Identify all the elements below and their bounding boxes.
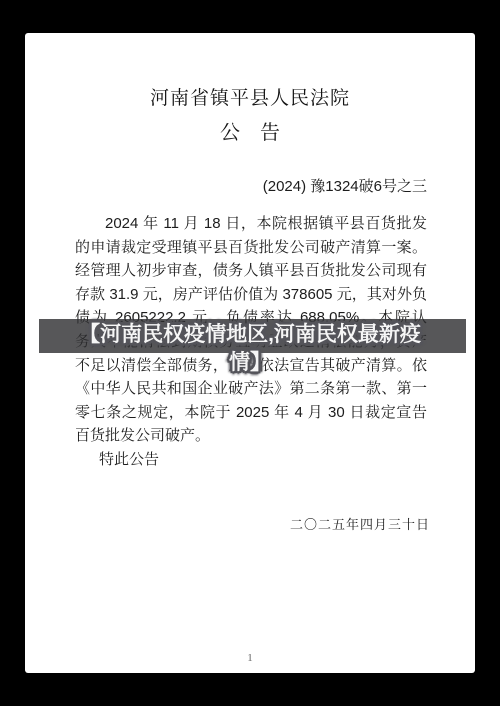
watermark-text-line2: 情】	[25, 349, 475, 377]
document-page: 河南省镇平县人民法院 公 告 (2024) 豫1324破6号之三 2024 年 …	[25, 33, 475, 673]
watermark-text: 【河南民权疫情地区,河南民权最新疫 情】	[25, 321, 475, 377]
body-line: 的申请裁定受理镇平县百货批发公司破产清算一案。查明，	[75, 236, 427, 260]
image-viewer-matte: 河南省镇平县人民法院 公 告 (2024) 豫1324破6号之三 2024 年 …	[0, 0, 500, 706]
body-line: 百货批发公司破产。	[75, 424, 427, 448]
page-number: 1	[25, 652, 475, 664]
notice-title: 公 告	[25, 116, 475, 145]
case-number: (2024) 豫1324破6号之三	[263, 175, 427, 196]
closing-line: 特此公告	[75, 448, 427, 472]
body-line: 零七条之规定，本院于 2025 年 4 月 30 日裁定宣告镇平县	[75, 401, 427, 425]
body-line: 经管理人初步审查，债务人镇平县百货批发公司现有银行	[75, 259, 427, 283]
watermark-text-line1: 【河南民权疫情地区,河南民权最新疫	[25, 321, 475, 349]
signature-date: 二〇二五年四月三十日	[290, 514, 430, 533]
body-line: 《中华人民共和国企业破产法》第二条第一款、第一百	[75, 377, 427, 401]
body-line: 2024 年 11 月 18 日，本院根据镇平县百货批发公司	[75, 212, 427, 236]
body-line: 存款 31.9 元，房产评估价值为 378605 元，其对外负	[75, 283, 427, 307]
court-title: 河南省镇平县人民法院	[25, 83, 475, 110]
